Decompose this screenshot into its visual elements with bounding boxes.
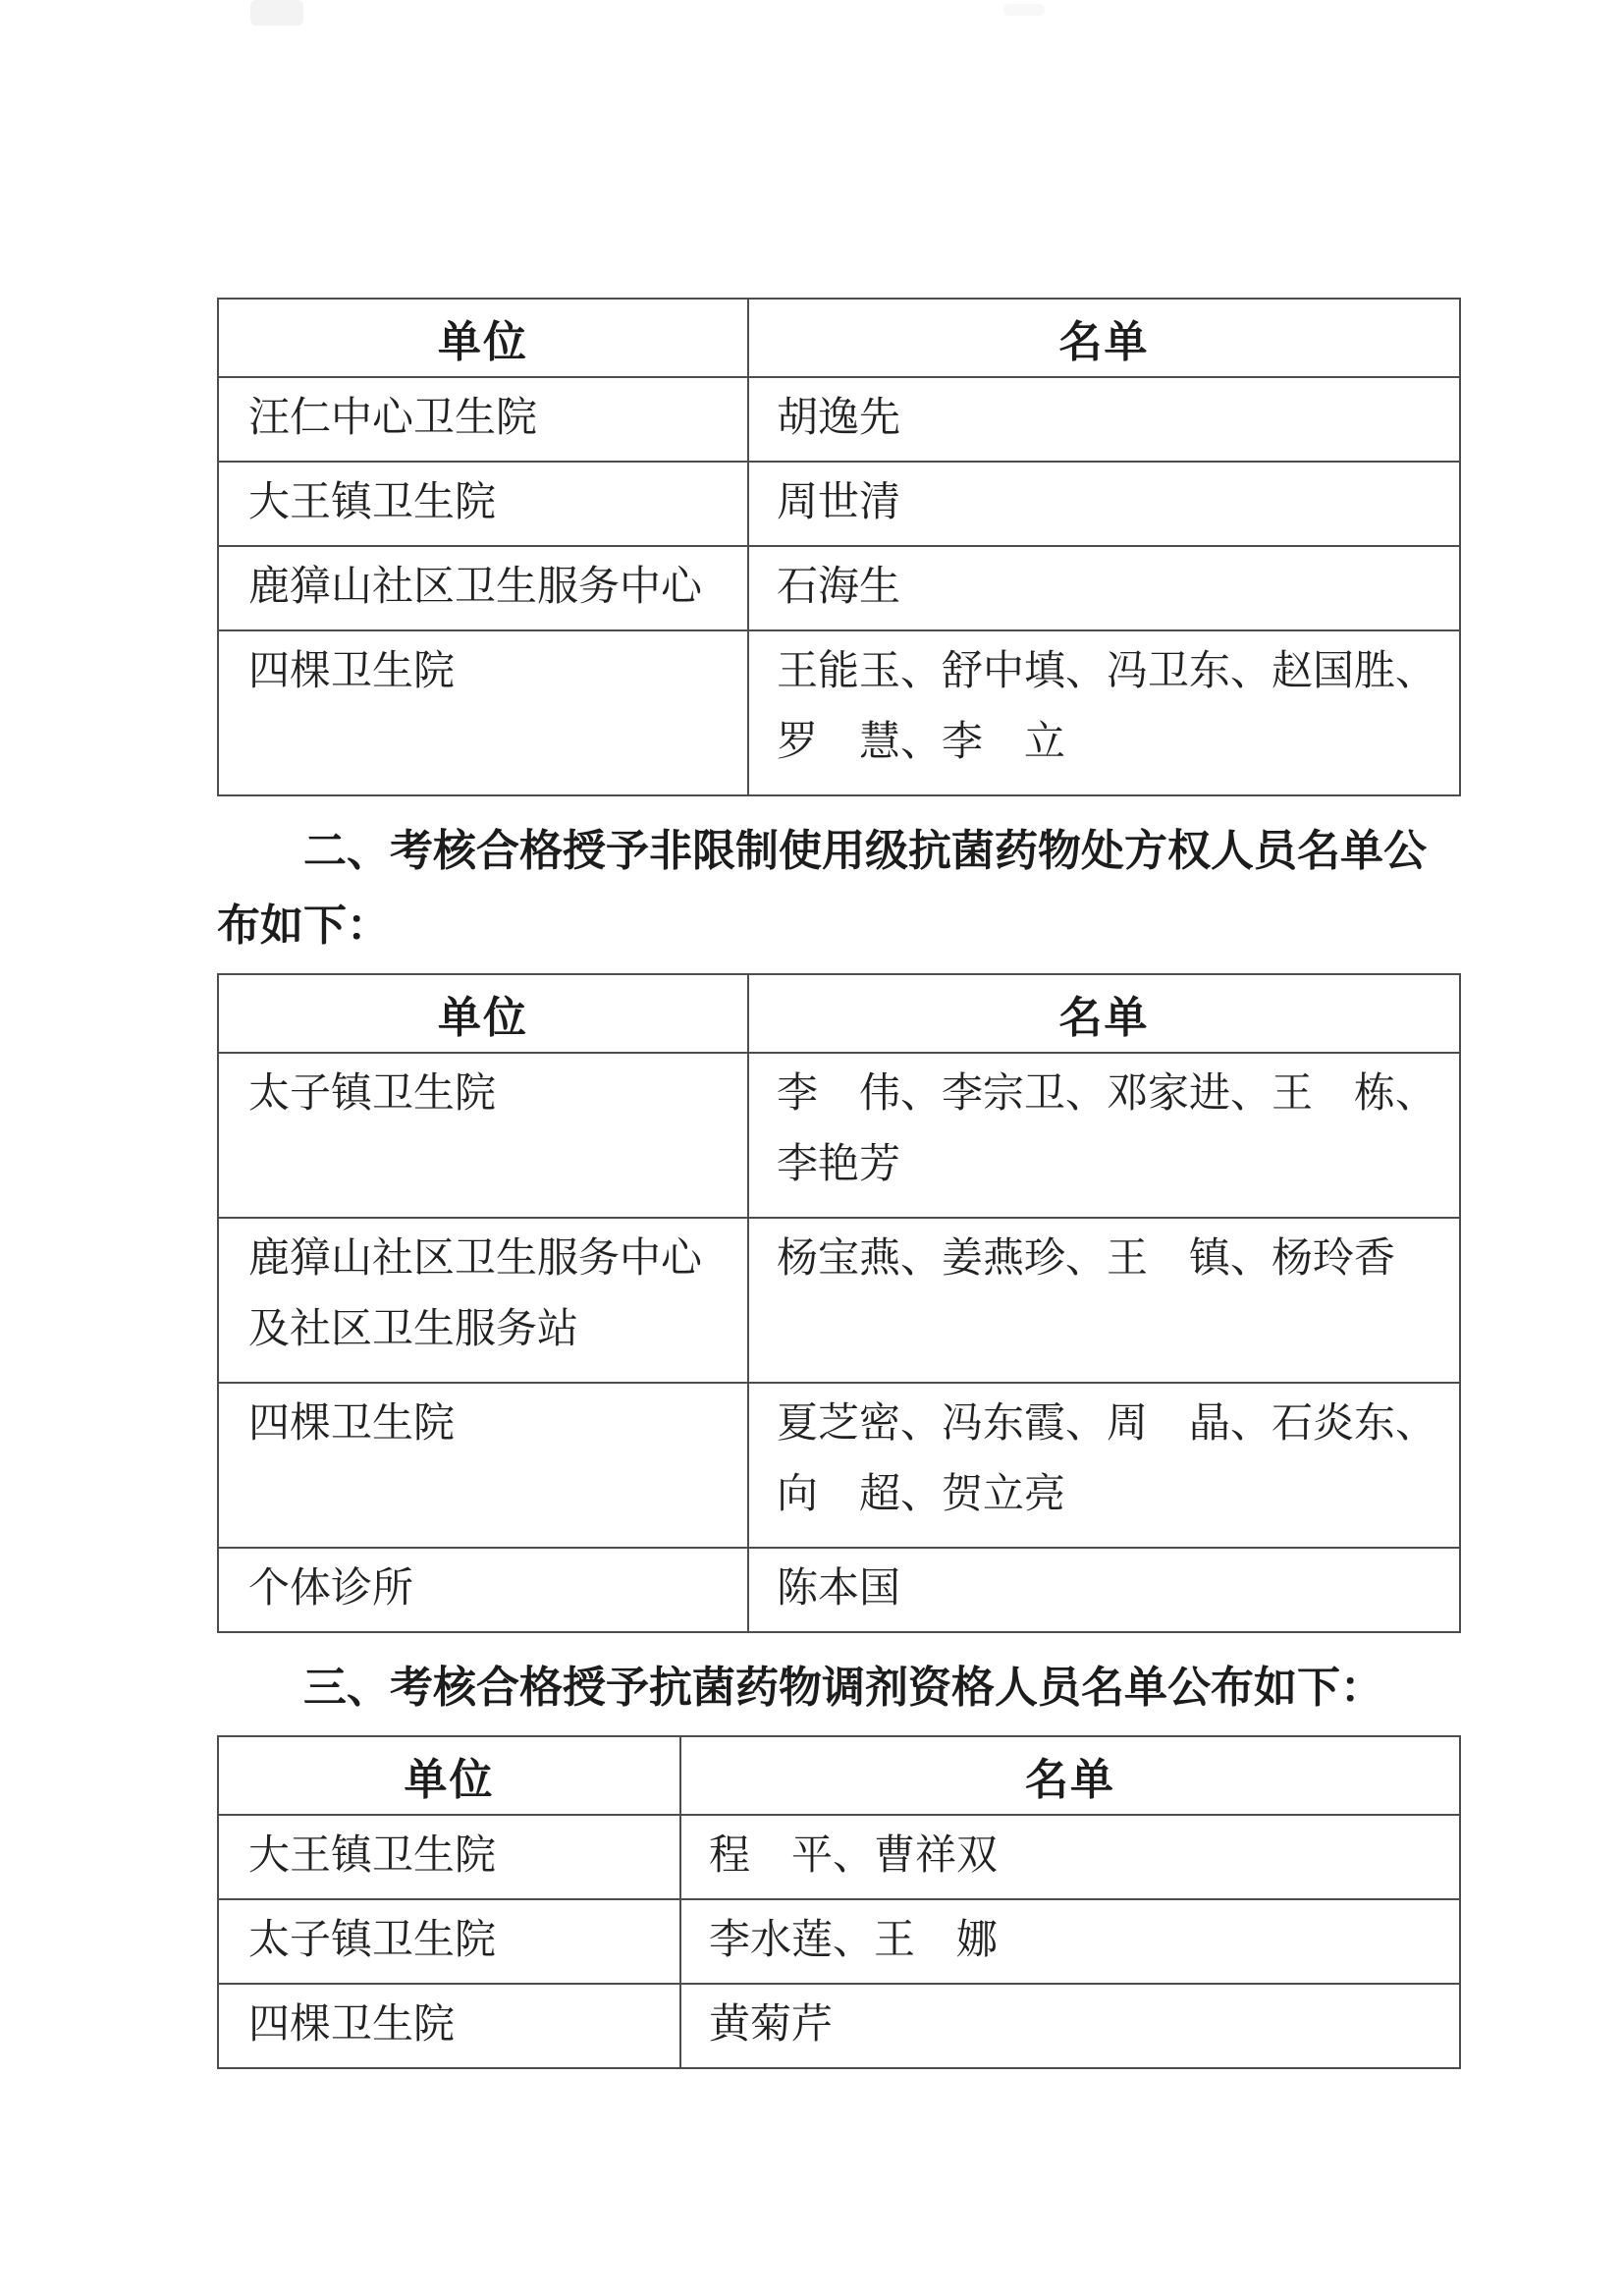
unit-cell: 四棵卫生院 (218, 1984, 680, 2068)
table-row: 鹿獐山社区卫生服务中心 石海生 (218, 546, 1460, 630)
table-header-row: 单位 名单 (218, 299, 1460, 377)
unit-cell: 太子镇卫生院 (218, 1899, 680, 1984)
names-cell: 夏芝密、冯东霞、周 晶、石炎东、向 超、贺立亮 (748, 1383, 1460, 1548)
names-column-header: 名单 (748, 974, 1460, 1053)
table-row: 四棵卫生院 王能玉、舒中填、冯卫东、赵国胜、罗 慧、李 立 (218, 630, 1460, 795)
table-row: 个体诊所 陈本国 (218, 1548, 1460, 1632)
names-cell: 王能玉、舒中填、冯卫东、赵国胜、罗 慧、李 立 (748, 630, 1460, 795)
table-row: 鹿獐山社区卫生服务中心及社区卫生服务站 杨宝燕、姜燕珍、王 镇、杨玲香 (218, 1218, 1460, 1383)
unit-cell: 大王镇卫生院 (218, 1815, 680, 1899)
section-3-heading: 三、考核合格授予抗菌药物调剂资格人员名单公布如下： (217, 1651, 1434, 1725)
table-header-row: 单位 名单 (218, 974, 1460, 1053)
unit-cell: 个体诊所 (218, 1548, 748, 1632)
names-column-header: 名单 (748, 299, 1460, 377)
names-cell: 胡逸先 (748, 377, 1460, 462)
unit-cell: 汪仁中心卫生院 (218, 377, 748, 462)
table-header-row: 单位 名单 (218, 1736, 1460, 1815)
names-column-header: 名单 (680, 1736, 1460, 1815)
names-cell: 李 伟、李宗卫、邓家进、王 栋、李艳芳 (748, 1053, 1460, 1218)
document-page: 单位 名单 汪仁中心卫生院 胡逸先 大王镇卫生院 周世清 鹿獐山社区卫生服务中心… (0, 0, 1623, 2296)
scan-artifact (250, 0, 303, 26)
names-cell: 陈本国 (748, 1548, 1460, 1632)
table-row: 太子镇卫生院 李水莲、王 娜 (218, 1899, 1460, 1984)
names-cell: 程 平、曹祥双 (680, 1815, 1460, 1899)
unit-column-header: 单位 (218, 1736, 680, 1815)
qualification-table-2: 单位 名单 太子镇卫生院 李 伟、李宗卫、邓家进、王 栋、李艳芳 鹿獐山社区卫生… (217, 973, 1461, 1633)
names-cell: 杨宝燕、姜燕珍、王 镇、杨玲香 (748, 1218, 1460, 1383)
section-2-heading: 二、考核合格授予非限制使用级抗菌药物处方权人员名单公布如下： (217, 814, 1434, 963)
names-cell: 黄菊芹 (680, 1984, 1460, 2068)
unit-cell: 鹿獐山社区卫生服务中心及社区卫生服务站 (218, 1218, 748, 1383)
table-row: 大王镇卫生院 周世清 (218, 462, 1460, 546)
table-row: 大王镇卫生院 程 平、曹祥双 (218, 1815, 1460, 1899)
unit-cell: 四棵卫生院 (218, 630, 748, 795)
table-row: 四棵卫生院 黄菊芹 (218, 1984, 1460, 2068)
scan-artifact (1003, 4, 1045, 16)
unit-column-header: 单位 (218, 974, 748, 1053)
unit-cell: 大王镇卫生院 (218, 462, 748, 546)
unit-column-header: 单位 (218, 299, 748, 377)
table-row: 汪仁中心卫生院 胡逸先 (218, 377, 1460, 462)
table-row: 四棵卫生院 夏芝密、冯东霞、周 晶、石炎东、向 超、贺立亮 (218, 1383, 1460, 1548)
unit-cell: 四棵卫生院 (218, 1383, 748, 1548)
names-cell: 周世清 (748, 462, 1460, 546)
unit-cell: 鹿獐山社区卫生服务中心 (218, 546, 748, 630)
names-cell: 石海生 (748, 546, 1460, 630)
qualification-table-3: 单位 名单 大王镇卫生院 程 平、曹祥双 太子镇卫生院 李水莲、王 娜 四棵卫生… (217, 1735, 1461, 2069)
qualification-table-1: 单位 名单 汪仁中心卫生院 胡逸先 大王镇卫生院 周世清 鹿獐山社区卫生服务中心… (217, 298, 1461, 796)
document-content: 单位 名单 汪仁中心卫生院 胡逸先 大王镇卫生院 周世清 鹿獐山社区卫生服务中心… (217, 298, 1461, 2069)
unit-cell: 太子镇卫生院 (218, 1053, 748, 1218)
table-row: 太子镇卫生院 李 伟、李宗卫、邓家进、王 栋、李艳芳 (218, 1053, 1460, 1218)
names-cell: 李水莲、王 娜 (680, 1899, 1460, 1984)
